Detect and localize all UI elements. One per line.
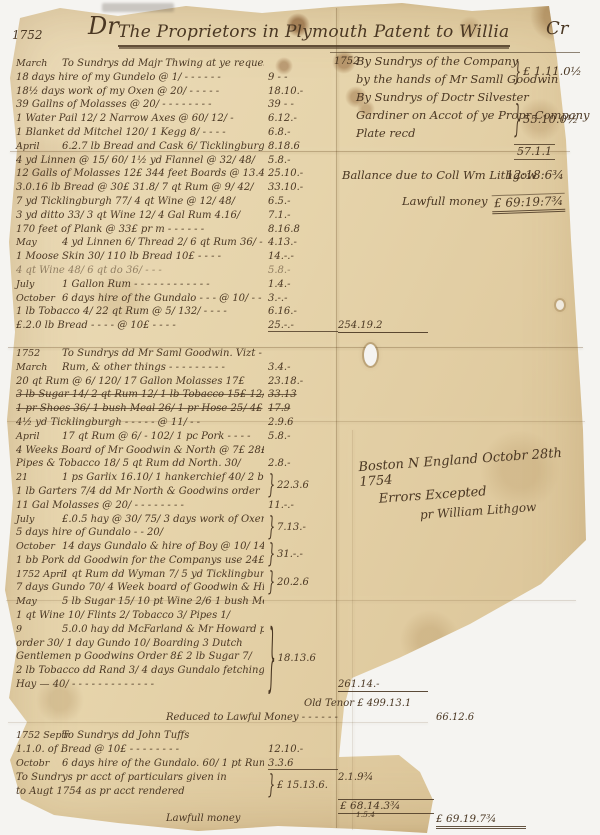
amount-cell: 39 - - [268, 99, 338, 110]
credit-amount: 12:18:6¾ [506, 168, 564, 182]
ledger-row: Octobr 6 days hire of the Gundalo. 60/ 1… [16, 758, 328, 772]
entry-amount: 6.5.- [268, 196, 290, 207]
ledger-row: 3 yd ditto 33/ 3 qt Wine 12/ 4 Gal Rum 4… [16, 210, 328, 224]
entry-amount: 8.18.6 [268, 141, 300, 152]
entry-amount: 18.10.- [268, 86, 303, 97]
month-label: October [16, 293, 62, 304]
amount-cell: 5.8.- [268, 431, 338, 442]
ledger-row: £ 68.14.3¾ 1.5.4 [16, 799, 328, 813]
credit-description: Plate recd [356, 126, 415, 140]
debit-side-label: Dr [88, 12, 119, 40]
ledger-row: 4 Weeks Board of Mr Goodwin & North @ 7£… [16, 445, 328, 459]
entry-description: 1 qt Rum dd Wyman 7/ 5 yd Ticklingburgh … [62, 569, 264, 580]
ledger-row: 1 lb Tobacco 4/ 22 qt Rum @ 5/ 132/ - - … [16, 306, 328, 320]
entry-amount: 33.10.- [268, 182, 303, 193]
entry-description: 1 bb Pork dd Goodwin for the Companys us… [16, 555, 264, 566]
entry-description: Rum, & other things - - - - - - - - - [62, 362, 264, 373]
credit-amount-cell: £ 69:19:7¾ [492, 193, 566, 215]
ledger-row: Gentlemen p Goodwins Order 8£ 2 lb Sugar… [16, 651, 328, 665]
entry-amount: 3.-.- [268, 293, 287, 304]
entry-description: 6 days hire of the Gundalo. 60/ 1 pt Rum… [62, 758, 264, 769]
amount-cell: 14.-.- [268, 251, 338, 262]
entry-description: 4 Weeks Board of Mr Goodwin & North @ 7£… [16, 445, 264, 456]
month-label: April [16, 141, 62, 152]
ledger-row: 5 days hire of Gundalo - - 20/ [16, 527, 328, 541]
entry-description: 17 qt Rum @ 6/ - 102/ 1 pc Pork - - - - [62, 431, 264, 442]
amount-cell: 7.1.- [268, 210, 338, 221]
month-label: July [16, 514, 62, 525]
entry-description: Lawfull money [16, 813, 328, 824]
page-title: The Proprietors in Plymouth Patent to Wi… [118, 22, 510, 47]
side-total: £ 68.14.3¾ [338, 799, 434, 814]
month-label: 1752 [16, 348, 62, 359]
credit-amount: 55.10.0½ [523, 112, 578, 126]
month-label: May [16, 237, 62, 248]
entry-amount: 39 - - [268, 99, 294, 110]
amount-cell: 33.10.- [268, 182, 338, 193]
ledger-row: Reduced to Lawful Money - - - - - - 66.1… [16, 712, 328, 726]
entry-description: 4 yd Linnen 6/ Thread 2/ 6 qt Rum 36/ - … [62, 237, 264, 248]
credit-row: Lawfull money £ 69:19:7¾ [342, 194, 582, 212]
credit-header-rule [330, 52, 580, 53]
amount-cell: 8.18.6 [268, 141, 338, 152]
ledger-row: 7 days Gundo 70/ 4 Week board of Goodwin… [16, 582, 328, 596]
amount-cell: 6.12.- [268, 113, 338, 124]
amount-cell: 33.13 [268, 389, 338, 400]
paper-hole [364, 344, 377, 366]
entry-description: 12 Galls of Molasses 12£ 344 feet Boards… [16, 168, 264, 179]
entry-description: 14 days Gundalo & hire of Boy @ 10/ 140/ [62, 541, 264, 552]
ledger-row: £.2.0 lb Bread - - - - @ 10£ - - - - 25.… [16, 320, 328, 334]
credit-description: By Sundrys of Doctr Silvester [356, 90, 529, 104]
entry-description: 6.2.7 lb Bread and Cask 6/ Ticklingburgh… [62, 141, 264, 152]
entry-description: Hay — 40/ - - - - - - - - - - - - - [16, 679, 264, 690]
month-label: 1752 Septr [16, 730, 62, 741]
ledger-row: 170 feet of Plank @ 33£ pr m - - - - - -… [16, 224, 328, 238]
entry-description: 4 qt Wine 48/ 6 qt do 36/ - - - [16, 265, 264, 276]
entry-description: 1.1.0. of Bread @ 10£ - - - - - - - - [16, 744, 264, 755]
ledger-row: July 1 Gallon Rum - - - - - - - - - - - … [16, 279, 328, 293]
entry-description: 5 days hire of Gundalo - - 20/ [16, 527, 264, 538]
entry-amount: 4.13.- [268, 237, 297, 248]
month-label: July [16, 279, 62, 290]
entry-description: £.2.0 lb Bread - - - - @ 10£ - - - - [16, 320, 264, 331]
ledger-row: 1 Blanket dd Mitchel 120/ 1 Kegg 8/ - - … [16, 127, 328, 141]
entry-description: 1 Blanket dd Mitchel 120/ 1 Kegg 8/ - - … [16, 127, 264, 138]
ledger-row: 2 lb Tobacco dd Rand 3/ 4 days Gundalo f… [16, 665, 328, 679]
entry-amount: 17.9 [268, 403, 290, 414]
entry-description: 1 lb Garters 7/4 dd Mr North & Goodwins … [16, 486, 264, 497]
entry-description: Pipes & Tobacco 18/ 5 qt Rum dd North. 3… [16, 458, 264, 469]
entry-amount: 9 - - [268, 72, 287, 83]
ledger-row: 3 lb Sugar 14/ 2 qt Rum 12/ 1 lb Tobacco… [16, 389, 328, 403]
amount-cell: 12.10.- [268, 744, 338, 755]
amount-cell: 9 - - [268, 72, 338, 83]
amount-cell: 11.-.- [268, 500, 338, 511]
debit-entries-list: March To Sundrys dd Majr Thwing at ye re… [16, 58, 328, 827]
ledger-row: 1752 To Sundrys dd Mr Saml Goodwin. Vizt… [16, 348, 328, 362]
credit-amount-cell: }55.10.0½ [514, 112, 578, 126]
grouping-brace: } [514, 56, 521, 87]
ledger-row: Hay — 40/ - - - - - - - - - - - - - 261.… [16, 679, 328, 693]
ledger-row: 1 lb Garters 7/4 dd Mr North & Goodwins … [16, 486, 328, 500]
credit-amount: £ 1.11.0½ [523, 64, 582, 78]
entry-description: Old Tenor £ 499.13.1 [16, 698, 411, 709]
entry-description: order 30/ 1 day Gundo 10/ Boarding 3 Dut… [16, 638, 264, 649]
entry-description: 3.0.16 lb Bread @ 30£ 31.8/ 7 qt Rum @ 9… [16, 182, 264, 193]
entry-amount: 11.-.- [268, 500, 294, 511]
ledger-row: 1752 Septr To Sundrys dd John Tuffs [16, 730, 328, 744]
entry-amount: 3.4.- [268, 362, 290, 373]
ledger-row: 4 yd Linnen @ 15/ 60/ 1½ yd Flannel @ 32… [16, 155, 328, 169]
entry-amount: 3.3.6 [268, 758, 293, 769]
ledger-row: October 6 days hire of the Gundalo - - -… [16, 293, 328, 307]
entry-description: Gentlemen p Goodwins Order 8£ 2 lb Sugar… [16, 651, 264, 662]
month-label: March [16, 362, 62, 373]
ledger-row: 1.1.0. of Bread @ 10£ - - - - - - - - 12… [16, 744, 328, 758]
entry-description: 18½ days work of my Oxen @ 20/ - - - - - [16, 86, 264, 97]
entry-description: 1 Gallon Rum - - - - - - - - - - - - [62, 279, 264, 290]
entry-amount: 5.8.- [268, 155, 290, 166]
credit-side-label: Cr [546, 18, 568, 39]
month-label: March [16, 58, 62, 69]
entry-description: to Augt 1754 as pr acct rendered [16, 786, 264, 797]
grouping-brace: } [514, 97, 521, 141]
entry-description: 3 yd ditto 33/ 3 qt Wine 12/ 4 Gal Rum 4… [16, 210, 264, 221]
amount-cell: 1.4.- [268, 279, 338, 290]
entry-amount: 6.16.- [268, 306, 297, 317]
ledger-row: 1 Water Pail 12/ 2 Narrow Axes @ 60/ 12/… [16, 113, 328, 127]
ledger-row: Lawfull money £ 69.19.7¾ [16, 813, 328, 827]
ledger-row: May 4 yd Linnen 6/ Thread 2/ 6 qt Rum 36… [16, 237, 328, 251]
credit-amount: 57.1.1 [517, 145, 552, 158]
entry-description: Reduced to Lawful Money - - - - - - [16, 712, 338, 723]
entry-description: £.0.5 hay @ 30/ 75/ 3 days work of Oxen … [62, 514, 264, 525]
ledger-row: April 6.2.7 lb Bread and Cask 6/ Ticklin… [16, 141, 328, 155]
vertical-fold-crease-2 [352, 430, 353, 830]
month-label: Octobr [16, 758, 62, 769]
ledger-row: To Sundrys pr acct of particulars given … [16, 772, 328, 786]
entry-description: 20 qt Rum @ 6/ 120/ 17 Gallon Molasses 1… [16, 376, 264, 387]
entry-description: To Sundrys dd John Tuffs [62, 730, 264, 741]
amount-cell: 23.18.- [268, 376, 338, 387]
entry-amount: 23.18.- [268, 376, 303, 387]
side-total: £ 69.19.7¾ [436, 813, 526, 829]
ledger-row: 1 Moose Skin 30/ 110 lb Bread 10£ - - - … [16, 251, 328, 265]
amount-cell: 3.-.- [268, 293, 338, 304]
entry-description: 11 Gal Molasses @ 20/ - - - - - - - - [16, 500, 264, 511]
entry-amount: 14.-.- [268, 251, 294, 262]
ledger-row: 1 qt Wine 10/ Flints 2/ Tobacco 3/ Pipes… [16, 610, 328, 624]
ledger-row: 20 qt Rum @ 6/ 120/ 17 Gallon Molasses 1… [16, 376, 328, 390]
amount-cell: 25.-.- [268, 320, 338, 332]
month-label: 1752 April [16, 569, 62, 580]
amount-cell: 4.13.- [268, 237, 338, 248]
ledger-row: May 5 lb Sugar 15/ 10 pt Wine 2/6 1 bush… [16, 596, 328, 610]
entry-description: 1 Water Pail 12/ 2 Narrow Axes @ 60/ 12/… [16, 113, 264, 124]
amount-cell: 3.4.- [268, 362, 338, 373]
ledger-row: Pipes & Tobacco 18/ 5 qt Rum dd North. 3… [16, 458, 328, 472]
entry-description: 5 lb Sugar 15/ 10 pt Wine 2/6 1 bush Mea… [62, 596, 264, 607]
side-total: 66.12.6 [436, 712, 526, 723]
ledger-row: 4½ yd Ticklingburgh - - - - - @ 11/ - - … [16, 417, 328, 431]
ledger-row: 39 Gallns of Molasses @ 20/ - - - - - - … [16, 99, 328, 113]
entry-description: 18 days hire of my Gundelo @ 1/ - - - - … [16, 72, 264, 83]
paper-hole-small [556, 300, 564, 310]
entry-description: 39 Gallns of Molasses @ 20/ - - - - - - … [16, 99, 264, 110]
ledger-row: 3.0.16 lb Bread @ 30£ 31.8/ 7 qt Rum @ 9… [16, 182, 328, 196]
amount-cell: 5.8.- [268, 265, 338, 276]
ledger-row: 7 yd Ticklingburgh 77/ 4 qt Wine @ 12/ 4… [16, 196, 328, 210]
entry-amount: 2.9.6 [268, 417, 293, 428]
credit-row: 57.1.1 [342, 144, 582, 162]
entry-amount: 1.4.- [268, 279, 290, 290]
amount-cell: 18.10.- [268, 86, 338, 97]
entry-amount: 25.-.- [268, 320, 294, 331]
ledger-row: October 14 days Gundalo & hire of Boy @ … [16, 541, 328, 555]
credit-row: Plate recd }55.10.0½ [342, 126, 582, 144]
credit-amount-cell: 12:18:6¾ [506, 168, 564, 182]
interline-figure: 1.5.4 [356, 810, 375, 819]
entry-description: 1 lb Tobacco 4/ 22 qt Rum @ 5/ 132/ - - … [16, 306, 264, 317]
ledger-row: March Rum, & other things - - - - - - - … [16, 362, 328, 376]
entry-amount: 25.10.- [268, 168, 303, 179]
entry-description: To Sundrys dd Majr Thwing at ye request … [62, 58, 264, 69]
ledger-row: 9 5.0.0 hay dd McFarland & Mr Howard p G… [16, 624, 328, 638]
amount-cell: 2.8.- [268, 458, 338, 469]
ledger-row: July £.0.5 hay @ 30/ 75/ 3 days work of … [16, 514, 328, 528]
entry-description: 170 feet of Plank @ 33£ pr m - - - - - - [16, 224, 264, 235]
entry-amount: 6.8.- [268, 127, 290, 138]
entry-description: 1 ps Garlix 16.10/ 1 hankerchief 40/ 2 b… [62, 472, 264, 483]
ledger-row: March To Sundrys dd Majr Thwing at ye re… [16, 58, 328, 72]
amount-cell: 17.9 [268, 403, 338, 414]
month-label: October [16, 541, 62, 552]
credit-amount-cell: }£ 1.11.0½ [514, 64, 582, 78]
entry-amount: 2.8.- [268, 458, 290, 469]
entry-amount: 5.8.- [268, 265, 290, 276]
entry-description: 1 Moose Skin 30/ 110 lb Bread 10£ - - - … [16, 251, 264, 262]
ledger-row: 18 days hire of my Gundelo @ 1/ - - - - … [16, 72, 328, 86]
amount-cell: 25.10.- [268, 168, 338, 179]
entry-amount: 33.13 [268, 389, 297, 400]
amount-cell: 6.8.- [268, 127, 338, 138]
credit-row: By Sundrys of Doctr Silvester [342, 90, 582, 108]
entry-amount: 6.12.- [268, 113, 297, 124]
entry-description: 7 days Gundo 70/ 4 Week board of Goodwin… [16, 582, 264, 593]
ledger-row: 12 Galls of Molasses 12£ 344 feet Boards… [16, 168, 328, 182]
entry-description: 1 qt Wine 10/ Flints 2/ Tobacco 3/ Pipes… [16, 610, 264, 621]
entry-description: 4 yd Linnen @ 15/ 60/ 1½ yd Flannel @ 32… [16, 155, 264, 166]
entry-description: 4½ yd Ticklingburgh - - - - - @ 11/ - - [16, 417, 264, 428]
ledger-row: 18½ days work of my Oxen @ 20/ - - - - -… [16, 86, 328, 100]
ledger-row: 21 1 ps Garlix 16.10/ 1 hankerchief 40/ … [16, 472, 328, 486]
ledger-row: April 17 qt Rum @ 6/ - 102/ 1 pc Pork - … [16, 431, 328, 445]
entry-description: To Sundrys pr acct of particulars given … [16, 772, 264, 783]
entry-description: 6 days hire of the Gundalo - - - @ 10/ -… [62, 293, 264, 304]
side-total: 261.14.- [338, 679, 428, 692]
entry-description: To Sundrys dd Mr Saml Goodwin. Vizt - - [62, 348, 264, 359]
amount-cell: 6.16.- [268, 306, 338, 317]
month-label: 9 [16, 624, 62, 635]
credit-amount-cell: 57.1.1 [514, 144, 555, 160]
entry-description: 5.0.0 hay dd McFarland & Mr Howard p Goo… [62, 624, 264, 635]
entry-amount: 5.8.- [268, 431, 290, 442]
side-total: 254.19.2 [338, 320, 428, 333]
credit-row: by the hands of Mr Samll Goodwin }£ 1.11… [342, 72, 582, 90]
entry-description: 3 lb Sugar 14/ 2 qt Rum 12/ 1 lb Tobacco… [16, 389, 264, 400]
entry-description: 2 lb Tobacco dd Rand 3/ 4 days Gundalo f… [16, 665, 264, 676]
ledger-row: 1 pr Shoes 36/ 1 bush Meal 26/ 1 pr Hose… [16, 403, 328, 417]
amount-cell: 5.8.- [268, 155, 338, 166]
credit-amount: £ 69:19:7¾ [494, 194, 564, 210]
entry-amount: 8.16.8 [268, 224, 300, 235]
header-year: 1752 [12, 28, 43, 42]
amount-cell: 6.5.- [268, 196, 338, 207]
entry-description: 7 yd Ticklingburgh 77/ 4 qt Wine @ 12/ 4… [16, 196, 264, 207]
ledger-row: Old Tenor £ 499.13.1 [16, 698, 328, 712]
entry-amount: 7.1.- [268, 210, 290, 221]
credit-row: Ballance due to Coll Wm Lithgow 12:18:6¾ [342, 168, 582, 186]
ledger-row: 1752 April 1 qt Rum dd Wyman 7/ 5 yd Tic… [16, 569, 328, 583]
ledger-row: order 30/ 1 day Gundo 10/ Boarding 3 Dut… [16, 638, 328, 652]
credit-entries-list: By Sundrys of the Company by the hands o… [342, 54, 582, 212]
side-total: 2.1.9¾ [338, 772, 428, 783]
credit-description: By Sundrys of the Company [356, 54, 518, 68]
entry-amount: 12.10.- [268, 744, 303, 755]
amount-cell: 8.16.8 [268, 224, 338, 235]
month-label: April [16, 431, 62, 442]
ledger-row: 4 qt Wine 48/ 6 qt do 36/ - - - 5.8.- [16, 265, 328, 279]
archival-stamp [102, 3, 174, 12]
amount-cell: 2.9.6 [268, 417, 338, 428]
month-label: 21 [16, 472, 62, 483]
ledger-row: to Augt 1754 as pr acct rendered [16, 786, 328, 800]
amount-cell: 3.3.6 [268, 758, 338, 770]
ledger-row: 11 Gal Molasses @ 20/ - - - - - - - - 11… [16, 500, 328, 514]
entry-description: 1 pr Shoes 36/ 1 bush Meal 26/ 1 pr Hose… [16, 403, 264, 414]
month-label: May [16, 596, 62, 607]
credit-description: Lawfull money [402, 194, 488, 208]
ledger-row: 1 bb Pork dd Goodwin for the Companys us… [16, 555, 328, 569]
